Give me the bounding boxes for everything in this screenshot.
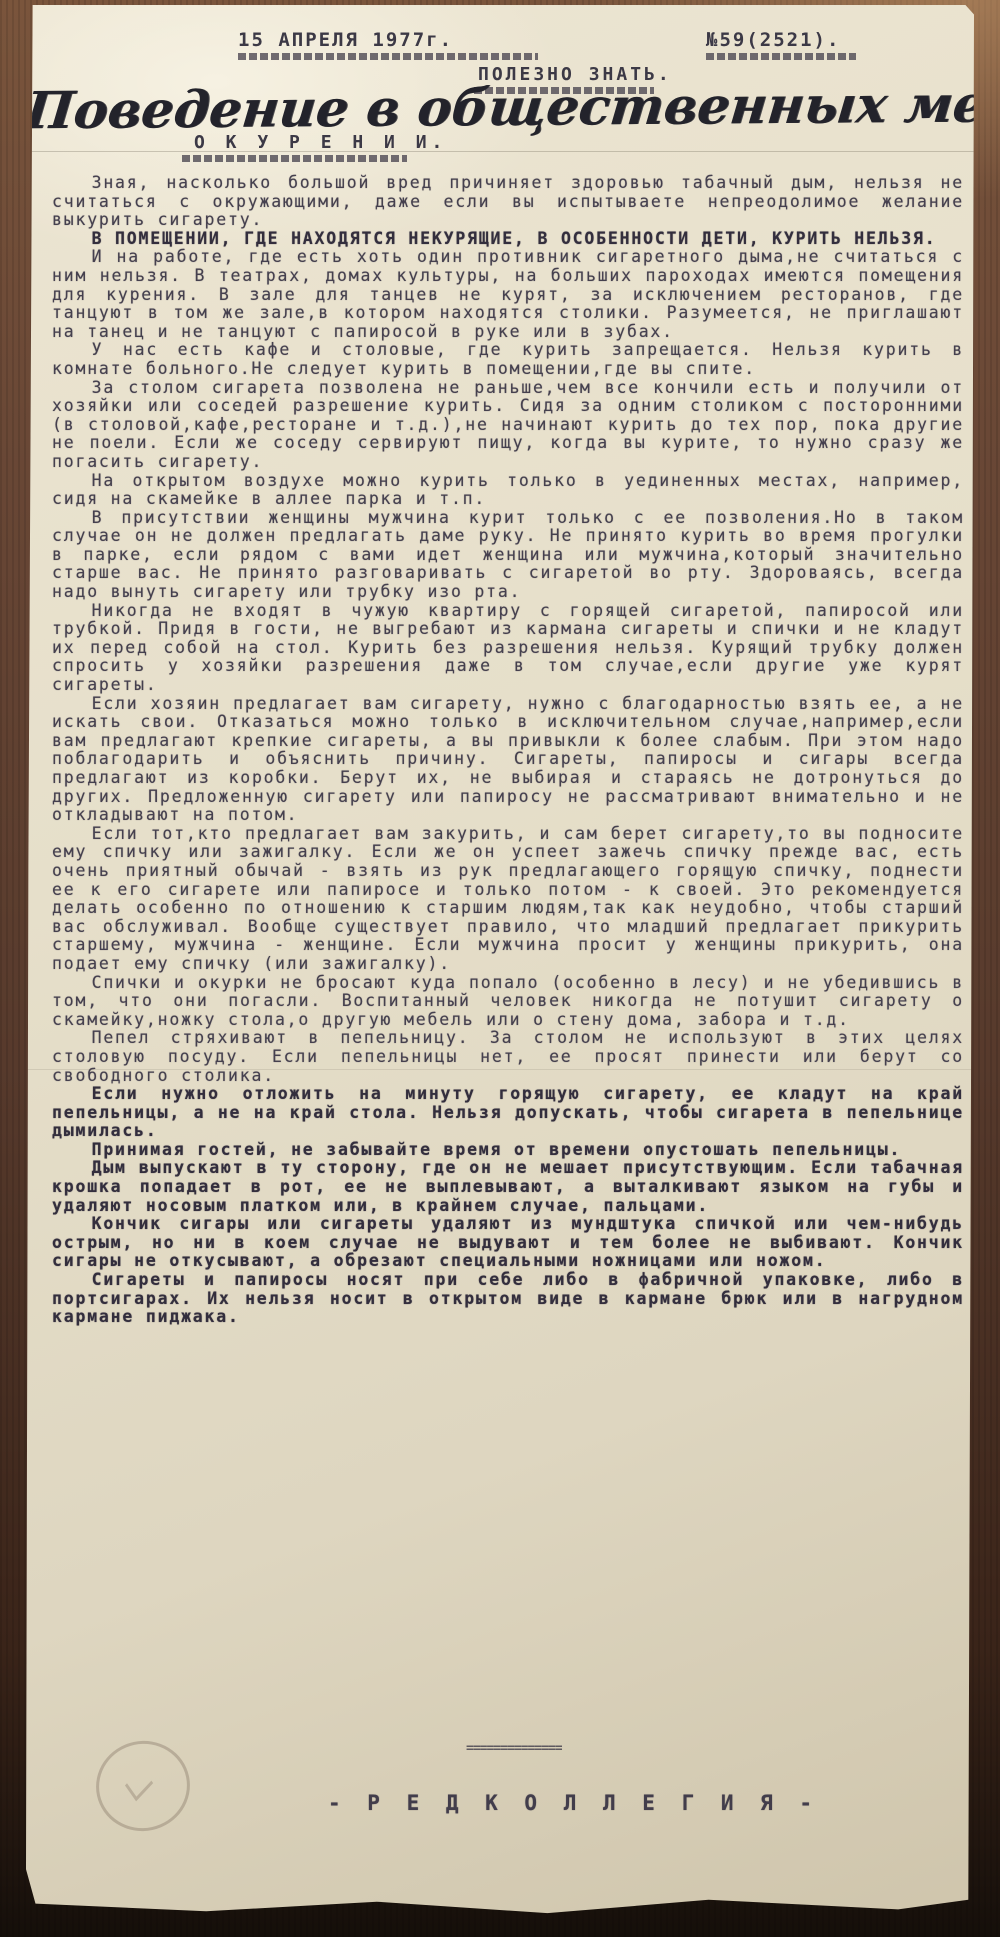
newspaper-page: 15 АПРЕЛЯ 1977г. №59(2521). ПОЛЕЗНО ЗНАТ… — [26, 5, 974, 1917]
paper-crease — [26, 151, 974, 152]
issue-number: №59(2521). — [706, 29, 840, 51]
typed-underline — [706, 53, 856, 60]
paper-crease — [26, 1069, 974, 1070]
typed-underline — [238, 53, 538, 60]
typed-paragraph: На открытом воздухе можно курить только … — [52, 472, 964, 509]
typed-paragraph: У нас есть кафе и столовые, где курить з… — [52, 341, 964, 378]
typed-paragraph: Если нужно отложить на минуту горящую си… — [52, 1085, 964, 1141]
page-title: Поведение в общественных местах — [23, 75, 978, 142]
article-body: Зная, насколько большой вред причиняет з… — [26, 174, 974, 1327]
editorial-board-signoff: - Р Е Д К О Л Л Е Г И Я - — [328, 1791, 819, 1815]
typed-paragraph: Сигареты и папиросы носят при себе либо … — [52, 1271, 964, 1327]
faint-stamp-mark — [88, 1732, 199, 1840]
typed-paragraph: Если хозяин предлагает вам сигарету, нуж… — [52, 695, 964, 825]
typed-paragraph: Если тот,кто предлагает вам закурить, и … — [52, 825, 964, 974]
typed-paragraph: Дым выпускают в ту сторону, где он не ме… — [52, 1159, 964, 1215]
typed-paragraph: Спички и окурки не бросают куда попало (… — [52, 974, 964, 1030]
issue-date: 15 АПРЕЛЯ 1977г. — [238, 29, 453, 51]
photo-of-wall-newspaper: { "colors": { "paper": "#e6dfca", "wood_… — [0, 0, 1000, 1937]
typed-paragraph: Принимая гостей, не забывайте время от в… — [52, 1141, 964, 1160]
typed-paragraph: За столом сигарета позволена не раньше,ч… — [52, 379, 964, 472]
typed-paragraph: Кончик сигары или сигареты удаляют из му… — [52, 1215, 964, 1271]
typed-paragraph: В присутствии женщины мужчина курит толь… — [52, 509, 964, 602]
issue-number-block: №59(2521). — [706, 29, 856, 60]
typed-paragraph: Никогда не входят в чужую квартиру с гор… — [52, 602, 964, 695]
typed-paragraph: Зная, насколько большой вред причиняет з… — [52, 174, 964, 230]
masthead: 15 АПРЕЛЯ 1977г. №59(2521). — [26, 5, 974, 60]
typed-paragraph: В ПОМЕЩЕНИИ, ГДЕ НАХОДЯТСЯ НЕКУРЯЩИЕ, В … — [52, 230, 964, 249]
typed-underline — [182, 155, 407, 162]
typed-paragraph: И на работе, где есть хоть один противни… — [52, 248, 964, 341]
issue-date-block: 15 АПРЕЛЯ 1977г. — [238, 29, 538, 60]
typed-separator: ============== — [466, 1741, 562, 1756]
typed-paragraph: Пепел стряхивают в пепельницу. За столом… — [52, 1029, 964, 1085]
